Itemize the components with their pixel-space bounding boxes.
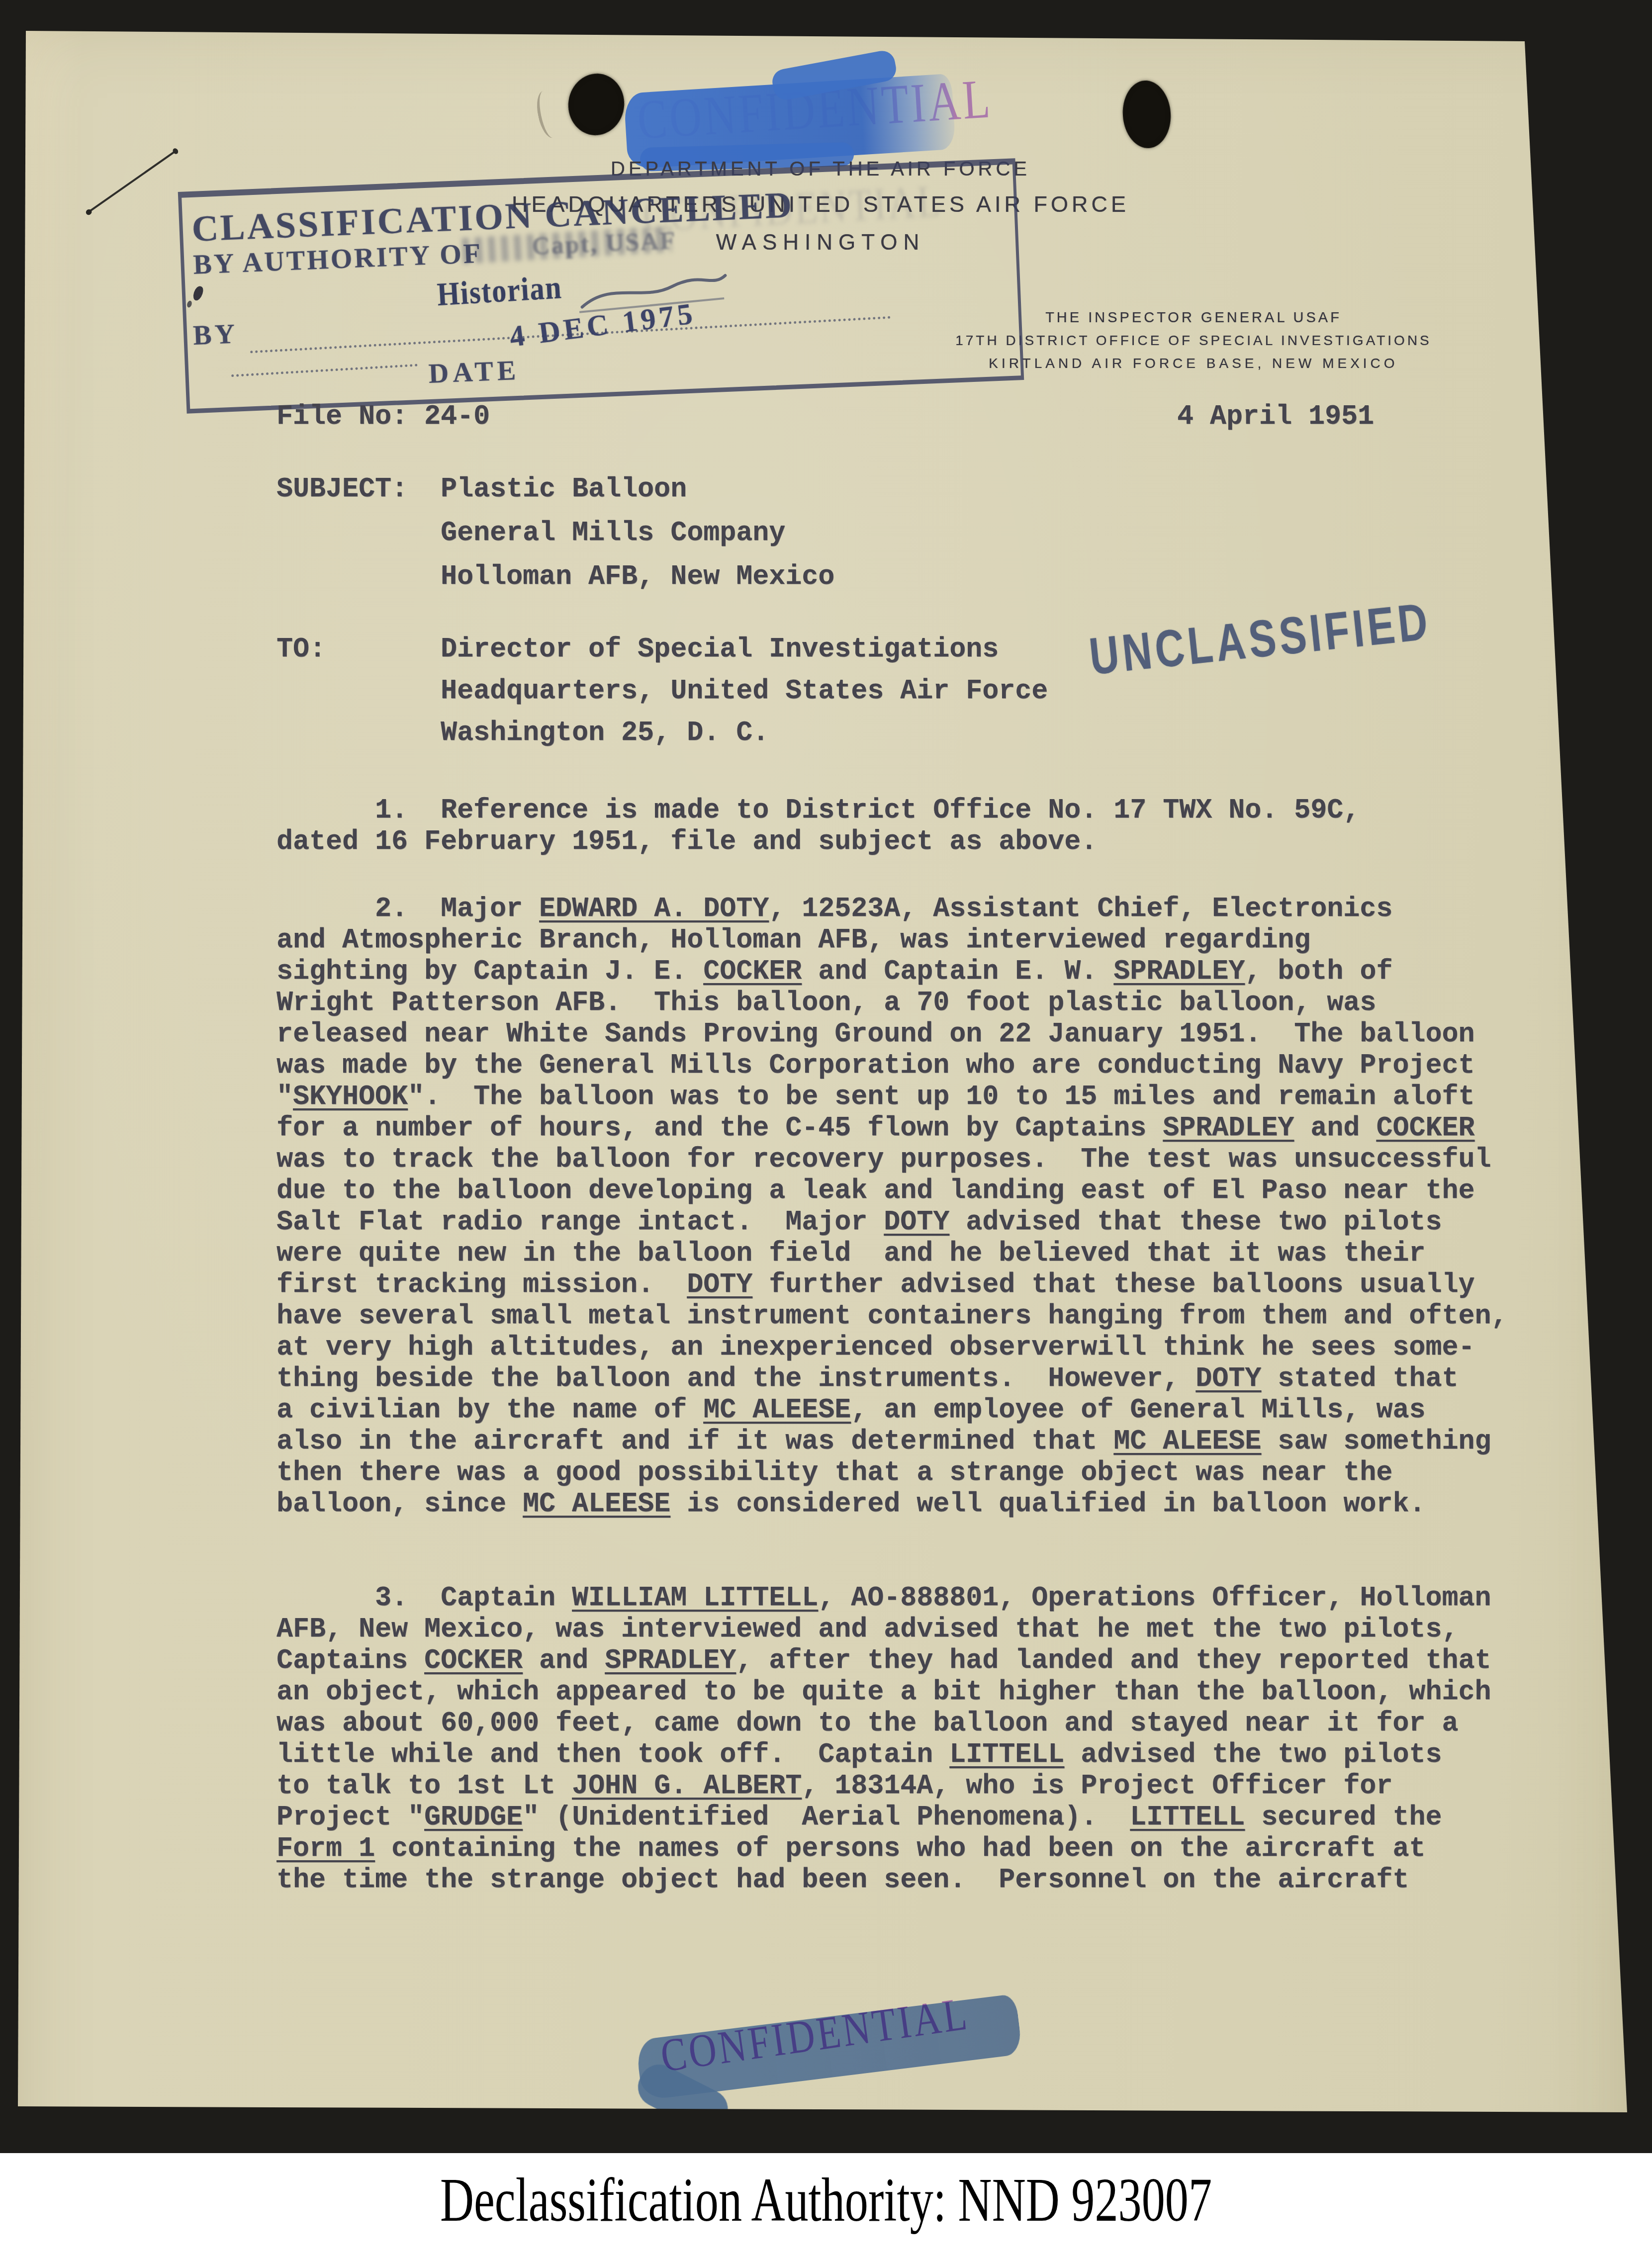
typed-line: Salt Flat radio range intact. Major DOTY…: [276, 1206, 1507, 1238]
typed-line: Wright Patterson AFB. This balloon, a 70…: [276, 987, 1507, 1018]
typed-line: AFB, New Mexico, was interviewed and adv…: [276, 1614, 1507, 1645]
typed-line: to talk to 1st Lt JOHN G. ALBERT, 18314A…: [276, 1770, 1507, 1802]
typed-line: was made by the General Mills Corporatio…: [276, 1050, 1507, 1081]
typed-line: was to track the balloon for recovery pu…: [276, 1144, 1507, 1175]
to-line: TO: Director of Special Investigations: [276, 629, 1048, 670]
typed-line: Project "GRUDGE" (Unidentified Aerial Ph…: [276, 1802, 1507, 1833]
paragraph: 2. Major EDWARD A. DOTY, 12523A, Assista…: [276, 893, 1507, 1520]
scanned-document-page: CONFIDENTIAL CONFIDENTIAL DEPARTMENT OF …: [0, 0, 1652, 2260]
typed-line: an object, which appeared to be quite a …: [276, 1676, 1507, 1708]
body-text: 1. Reference is made to District Office …: [276, 795, 1507, 1896]
typed-line: balloon, since MC ALEESE is considered w…: [276, 1488, 1507, 1520]
typed-line: Form 1 containing the names of persons w…: [276, 1833, 1507, 1864]
paper-sheet: CONFIDENTIAL CONFIDENTIAL DEPARTMENT OF …: [0, 0, 1652, 2260]
typed-line: "SKYHOOK". The balloon was to be sent up…: [276, 1081, 1507, 1112]
typed-line: then there was a good possibility that a…: [276, 1457, 1507, 1488]
typed-line: released near White Sands Proving Ground…: [276, 1018, 1507, 1050]
cancellation-authority-overprint: Capt, USAF: [531, 226, 677, 261]
file-number: File No: 24-0: [276, 401, 490, 432]
typed-line: little while and then took off. Captain …: [276, 1739, 1507, 1770]
typed-line: a civilian by the name of MC ALEESE, an …: [276, 1394, 1507, 1426]
typed-line: have several small metal instrument cont…: [276, 1300, 1507, 1332]
typed-line: 1. Reference is made to District Office …: [276, 795, 1507, 826]
subject-line: General Mills Company: [276, 511, 834, 555]
cancellation-date-label: DATE: [428, 355, 521, 390]
subject-line: SUBJECT: Plastic Balloon: [276, 467, 834, 511]
typed-line: Captains COCKER and SPRADLEY, after they…: [276, 1645, 1507, 1676]
typed-line: for a number of hours, and the C-45 flow…: [276, 1112, 1507, 1144]
subject-line: Holloman AFB, New Mexico: [276, 555, 834, 599]
classification-cancelled-stamp: CLASSIFICATION CANCELLED BY AUTHORITY OF…: [178, 158, 1024, 413]
document-date: 4 April 1951: [1177, 401, 1374, 432]
typed-line: thing beside the balloon and the instrum…: [276, 1363, 1507, 1394]
typed-line: 2. Major EDWARD A. DOTY, 12523A, Assista…: [276, 893, 1507, 924]
typed-line: dated 16 February 1951, file and subject…: [276, 826, 1507, 857]
to-block: TO: Director of Special Investigations H…: [276, 629, 1048, 754]
subject-block: SUBJECT: Plastic Balloon General Mills C…: [276, 467, 834, 599]
declassification-footer: Declassification Authority: NND 923007: [0, 2153, 1652, 2260]
paragraph: 1. Reference is made to District Office …: [276, 795, 1507, 857]
paragraph: 3. Captain WILLIAM LITTELL, AO-888801, O…: [276, 1582, 1507, 1896]
to-line: Headquarters, United States Air Force: [276, 670, 1048, 712]
typed-line: sighting by Captain J. E. COCKER and Cap…: [276, 956, 1507, 987]
typed-line: at very high altitudes, an inexperienced…: [276, 1332, 1507, 1363]
typed-line: due to the balloon developing a leak and…: [276, 1175, 1507, 1206]
declassification-authority-text: Declassification Authority: NND 923007: [198, 2165, 1454, 2236]
typed-line: also in the aircraft and if it was deter…: [276, 1426, 1507, 1457]
typed-line: first tracking mission. DOTY further adv…: [276, 1269, 1507, 1300]
typed-line: 3. Captain WILLIAM LITTELL, AO-888801, O…: [276, 1582, 1507, 1614]
typed-line: the time the strange object had been see…: [276, 1864, 1507, 1896]
typed-line: were quite new in the balloon field and …: [276, 1238, 1507, 1269]
to-line: Washington 25, D. C.: [276, 712, 1048, 754]
typed-line: was about 60,000 feet, came down to the …: [276, 1708, 1507, 1739]
typed-line: and Atmospheric Branch, Holloman AFB, wa…: [276, 924, 1507, 956]
